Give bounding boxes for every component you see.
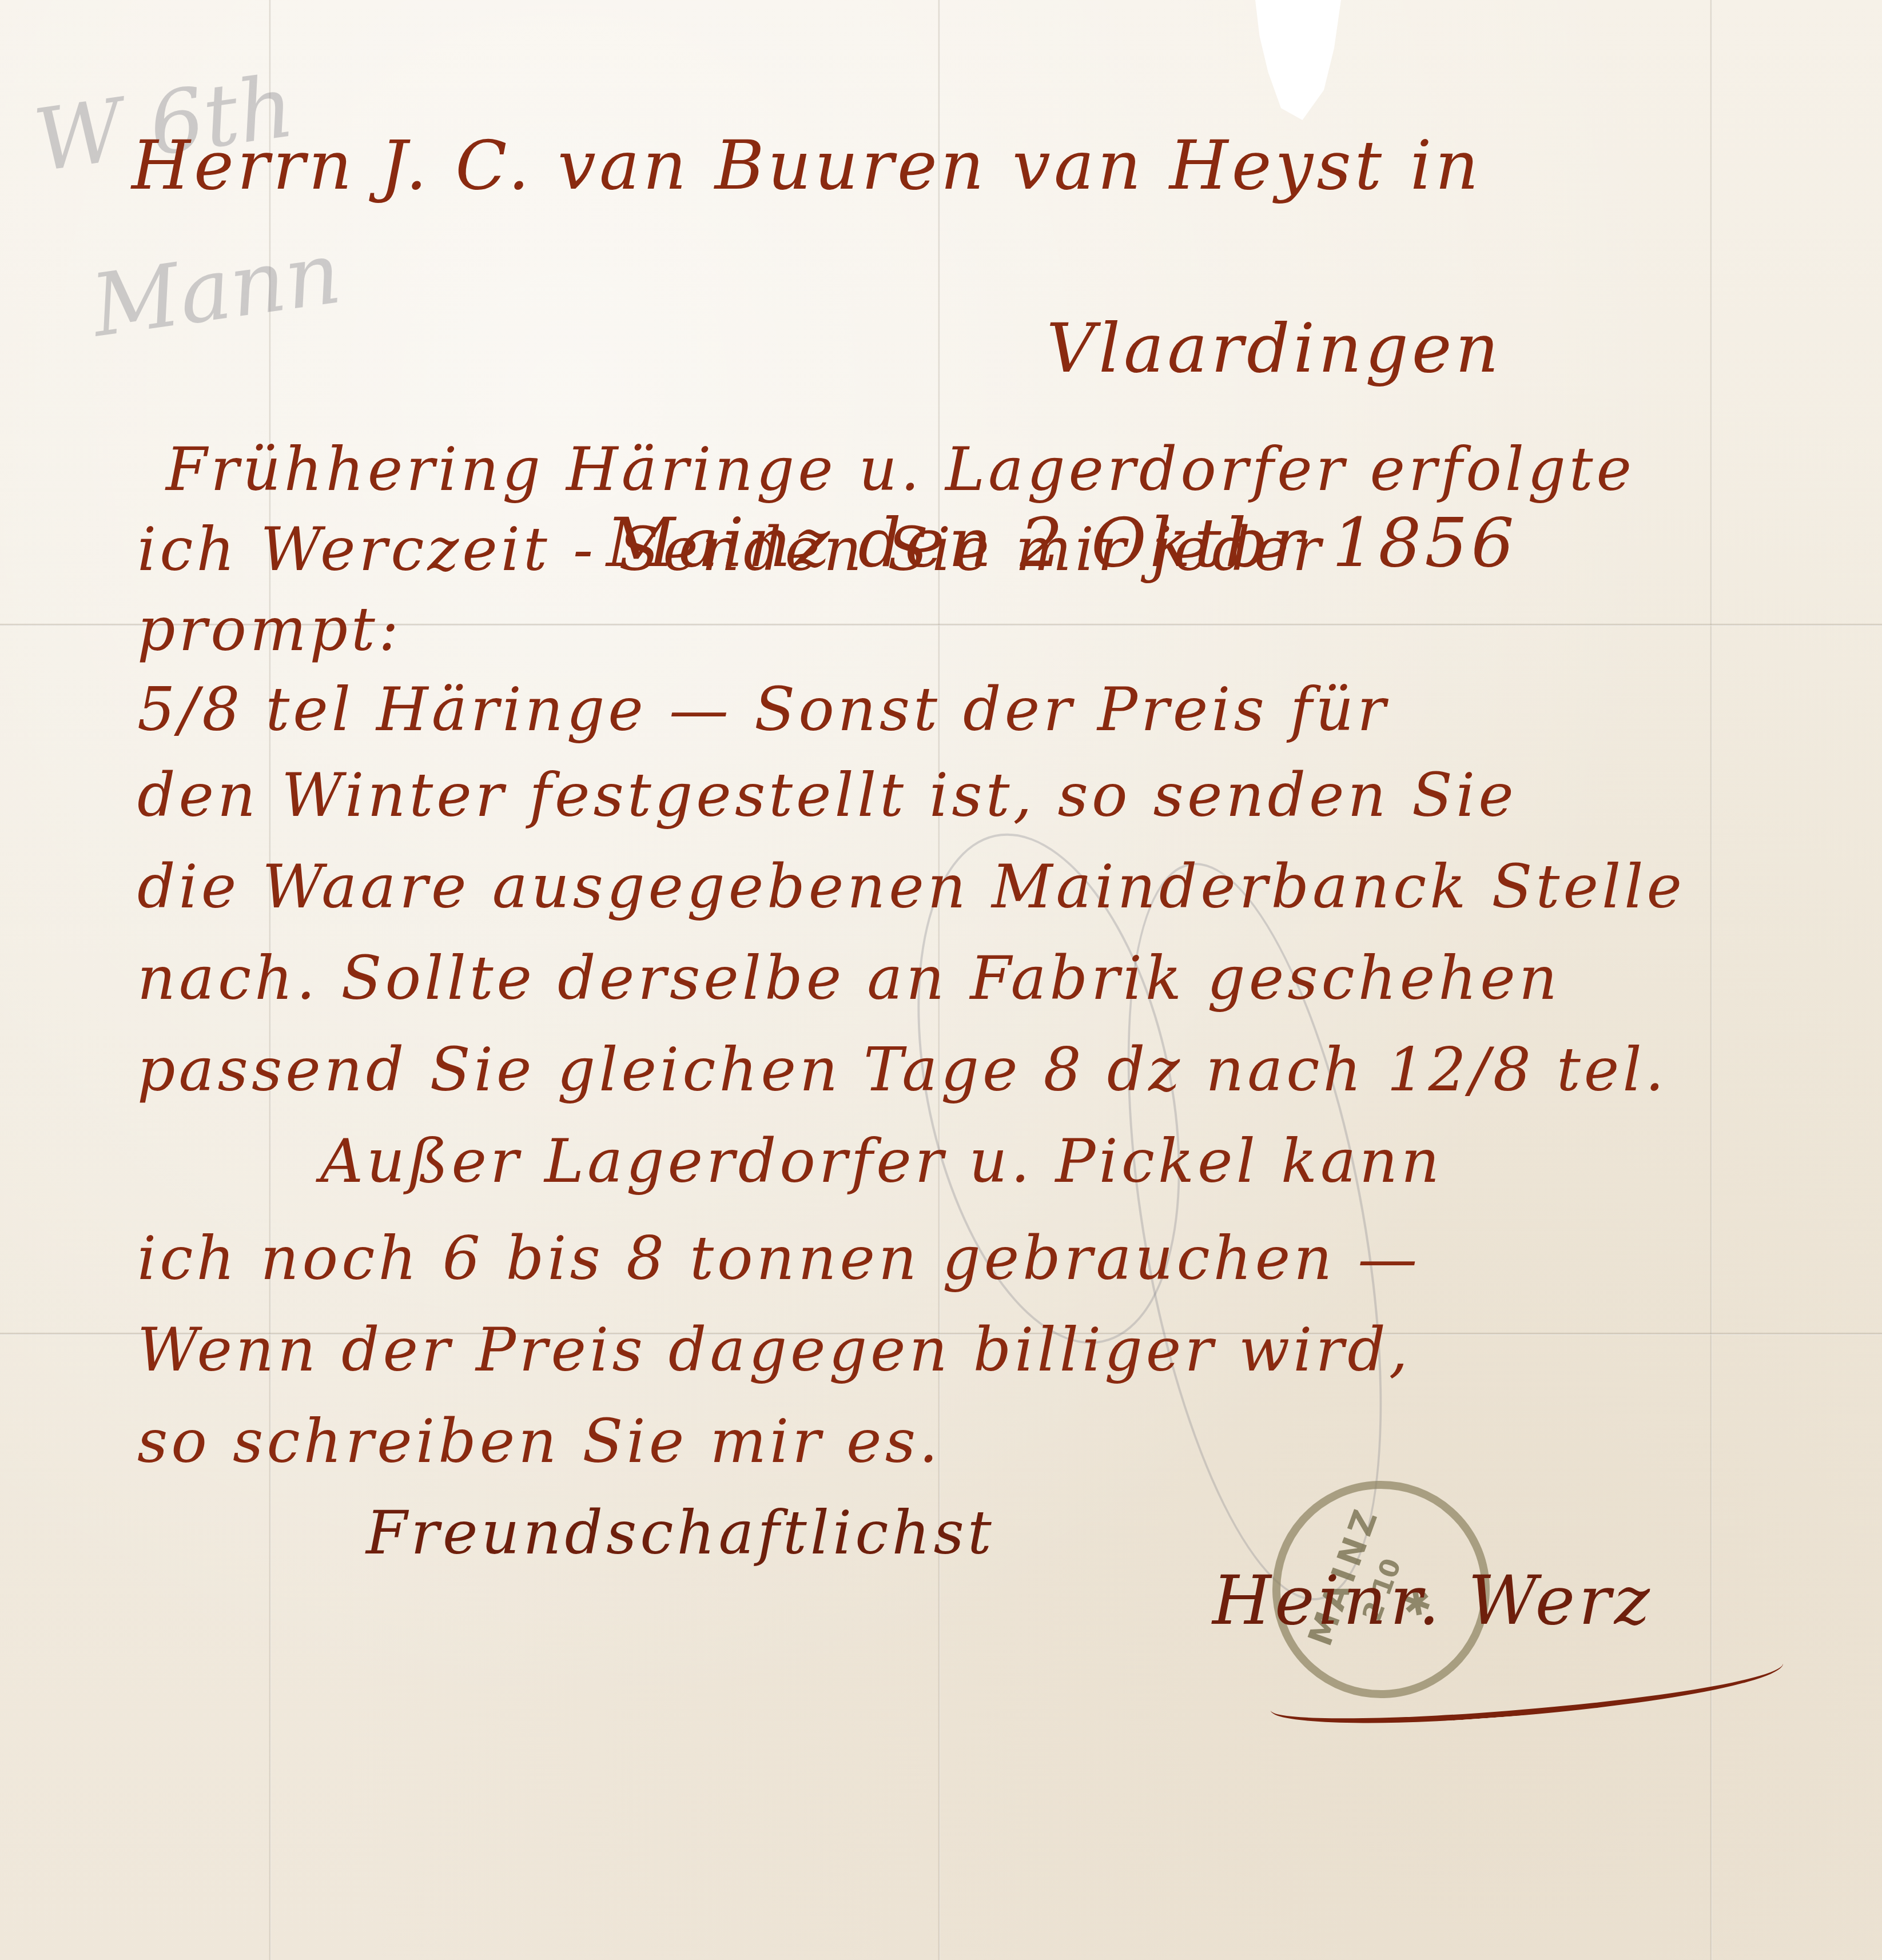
body-line: Außer Lagerdorfer u. Pickel kann	[320, 1126, 1443, 1196]
body-line: ich noch 6 bis 8 tonnen gebrauchen —	[137, 1224, 1421, 1293]
body-line: ich Werczeit - Senden Sie mir jeder	[137, 515, 1324, 584]
paper-tear	[1255, 0, 1341, 120]
body-line: die Waare ausgegebenen Mainderbanck Stel…	[137, 852, 1685, 922]
body-line: Frühhering Häringe u. Lagerdorfer erfolg…	[166, 435, 1635, 504]
recipient-city: Vlaardingen	[1047, 309, 1502, 388]
body-line: Wenn der Preis dagegen billiger wird,	[137, 1315, 1411, 1385]
recipient-line: Herrn J. C. van Buuren van Heyst in	[132, 126, 1482, 205]
body-line: so schreiben Sie mir es.	[137, 1407, 941, 1476]
body-line: prompt:	[137, 595, 402, 664]
signature: Heinr. Werz	[1212, 1561, 1653, 1640]
letter-sheet: W 6th Mann Herrn J. C. van Buuren van He…	[0, 0, 1882, 1960]
body-line: den Winter festgestellt ist, so senden S…	[137, 760, 1517, 830]
pencil-note: Mann	[86, 223, 347, 356]
body-line: passend Sie gleichen Tage 8 dz nach 12/8…	[137, 1035, 1668, 1105]
body-line: 5/8 tel Häringe — Sonst der Preis für	[137, 675, 1389, 744]
closing: Freundschaftlichst	[366, 1498, 995, 1568]
body-line: nach. Sollte derselbe an Fabrik geschehe…	[137, 943, 1561, 1013]
